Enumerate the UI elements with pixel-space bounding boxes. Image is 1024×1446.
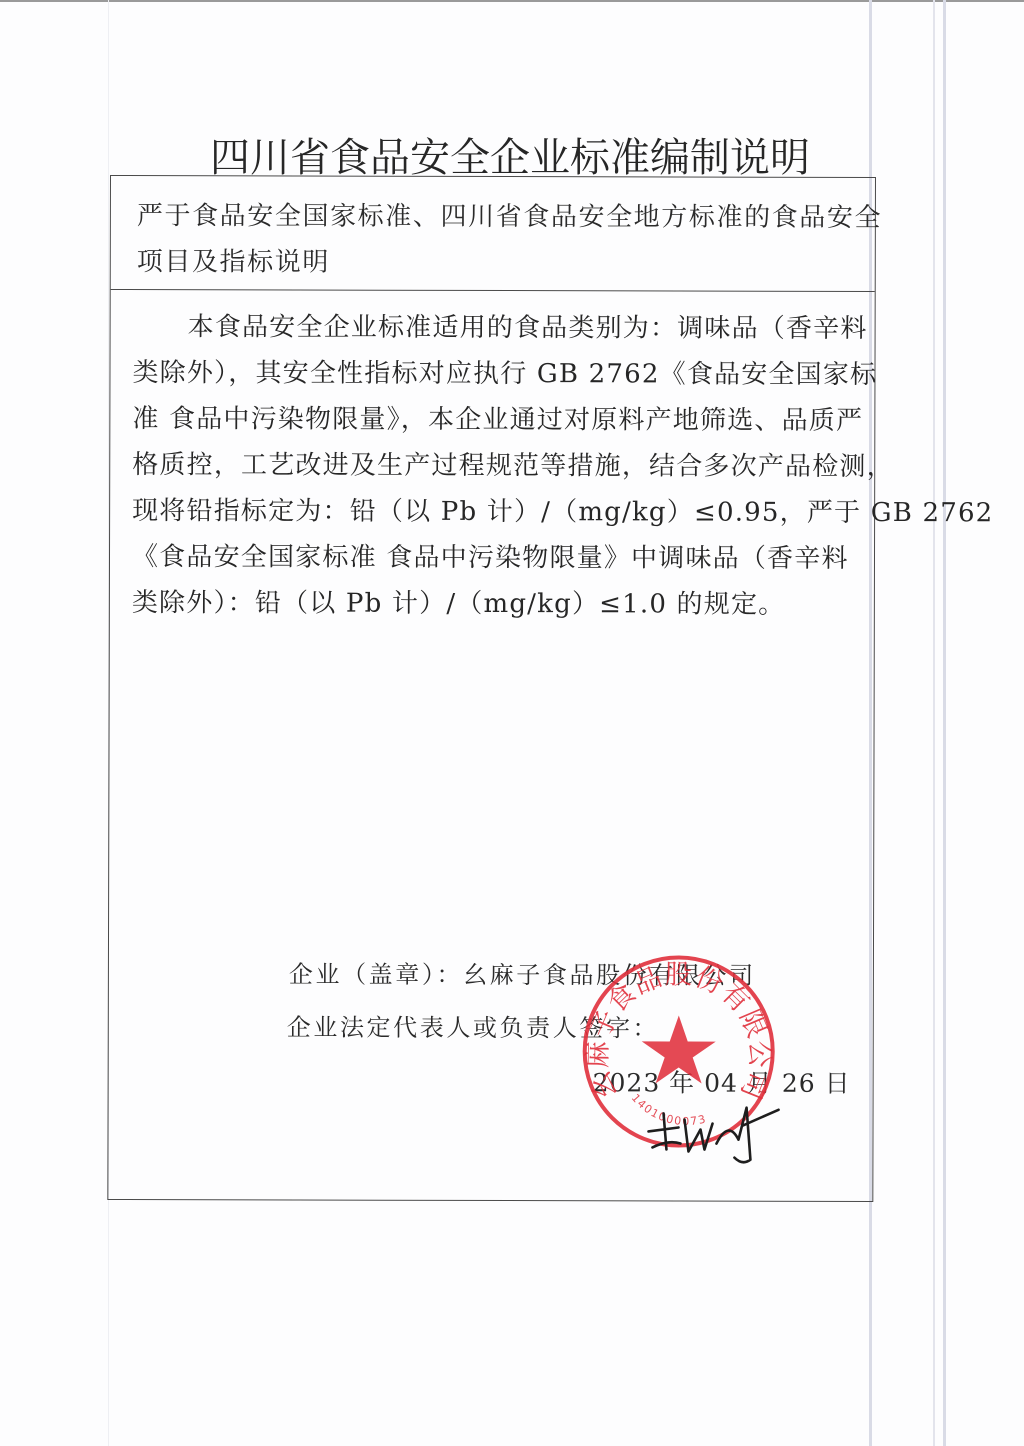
signature-block: 企业（盖章）：幺麻子食品股份有限公司 企业法定代表人或负责人签字： 2023 年…: [108, 290, 874, 1202]
explanation-table: 严于食品安全国家标准、四川省食品安全地方标准的食品安全 项目及指标说明 本食品安…: [107, 175, 876, 1202]
company-seal-line: 企业（盖章）：幺麻子食品股份有限公司: [289, 954, 756, 990]
handwritten-signature-icon: [638, 1099, 788, 1169]
scanned-page: 四川省食品安全企业标准编制说明 严于食品安全国家标准、四川省食品安全地方标准的食…: [0, 0, 1024, 1446]
header-line: 严于食品安全国家标准、四川省食品安全地方标准的食品安全: [137, 193, 875, 241]
table-body-cell: 本食品安全企业标准适用的食品类别为：调味品（香辛料 类除外），其安全性指标对应执…: [108, 290, 874, 1202]
scan-artifact-line: [933, 0, 935, 1446]
representative-signature-line: 企业法定代表人或负责人签字：: [287, 1007, 659, 1043]
signing-date: 2023 年 04 月 26 日: [593, 1063, 851, 1100]
document-title-text: 四川省食品安全企业标准编制说明: [210, 126, 810, 183]
scan-artifact-line: [943, 0, 946, 1446]
header-line: 项目及指标说明: [137, 239, 875, 287]
table-header-cell: 严于食品安全国家标准、四川省食品安全地方标准的食品安全 项目及指标说明: [111, 176, 875, 292]
